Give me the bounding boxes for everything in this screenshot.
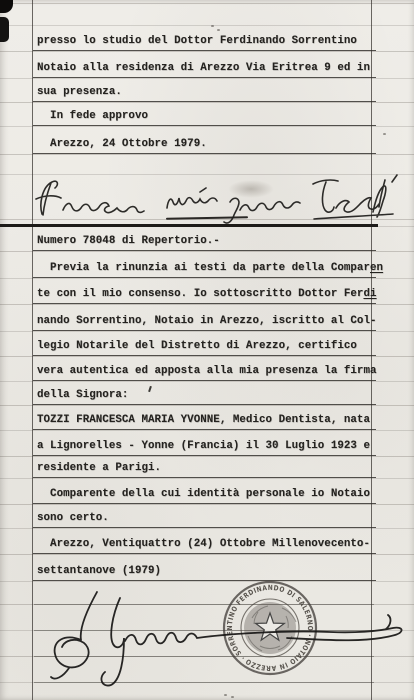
typed-line-7: Previa la rinunzia ai testi da parte del… <box>33 254 376 278</box>
typed-line-17: sono certo. <box>33 504 376 528</box>
ruled-line <box>0 126 414 127</box>
typed-line-6: Numero 78048 di Repertorio.- <box>33 227 376 251</box>
ruled-line <box>0 581 414 582</box>
scan-speck <box>231 696 234 698</box>
ruled-line <box>0 304 414 305</box>
scan-artifact-edge <box>0 17 9 42</box>
typed-line-8: te con il mio consenso. Io sottoscritto … <box>33 280 376 304</box>
ruled-line <box>0 51 414 52</box>
ruled-line <box>0 278 414 279</box>
typed-line-9: nando Sorrentino, Notaio in Arezzo, iscr… <box>33 307 376 331</box>
typed-line-13: TOZZI FRANCESCA MARIA YVONNE, Medico Den… <box>33 406 376 430</box>
scanned-notarial-document-page: presso lo studio del Dottor Ferdinando S… <box>0 0 414 700</box>
typed-line-10: legio Notarile del Distretto di Arezzo, … <box>33 332 376 356</box>
typed-line-5: Arezzo, 24 Ottobre 1979. <box>33 130 376 154</box>
comparente-signature <box>30 172 410 224</box>
scan-speck <box>383 133 386 135</box>
ruled-line <box>0 554 414 555</box>
ruled-line <box>0 430 414 431</box>
typed-line-4: In fede approvo <box>33 102 376 126</box>
typed-line-18: Arezzo, Ventiquattro (24) Ottobre Millen… <box>33 530 376 554</box>
typed-line-2: Notaio alla residenza di Arezzo Via Erit… <box>33 54 376 78</box>
ruled-line <box>0 528 414 529</box>
typed-line-11: vera autentica ed apposta alla mia prese… <box>33 357 376 381</box>
scan-artifact-corner <box>0 0 13 13</box>
ruled-line <box>0 478 414 479</box>
notary-signature <box>25 584 407 696</box>
typed-line-12: della Signora: <box>33 381 376 405</box>
typed-line-15: residente a Parigi. <box>33 454 376 478</box>
ruled-line <box>0 25 414 26</box>
ruled-line <box>0 251 414 252</box>
ruled-line <box>0 3 414 4</box>
typed-line-1: presso lo studio del Dottor Ferdinando S… <box>33 27 376 51</box>
typed-line-14: a Lignorelles - Yonne (Francia) il 30 Lu… <box>33 432 376 456</box>
ruled-line <box>0 154 414 155</box>
heavy-rule <box>0 224 378 227</box>
typed-line-3: sua presenza. <box>33 78 376 102</box>
typed-line-16: Comparente della cui identità personale … <box>33 480 376 504</box>
